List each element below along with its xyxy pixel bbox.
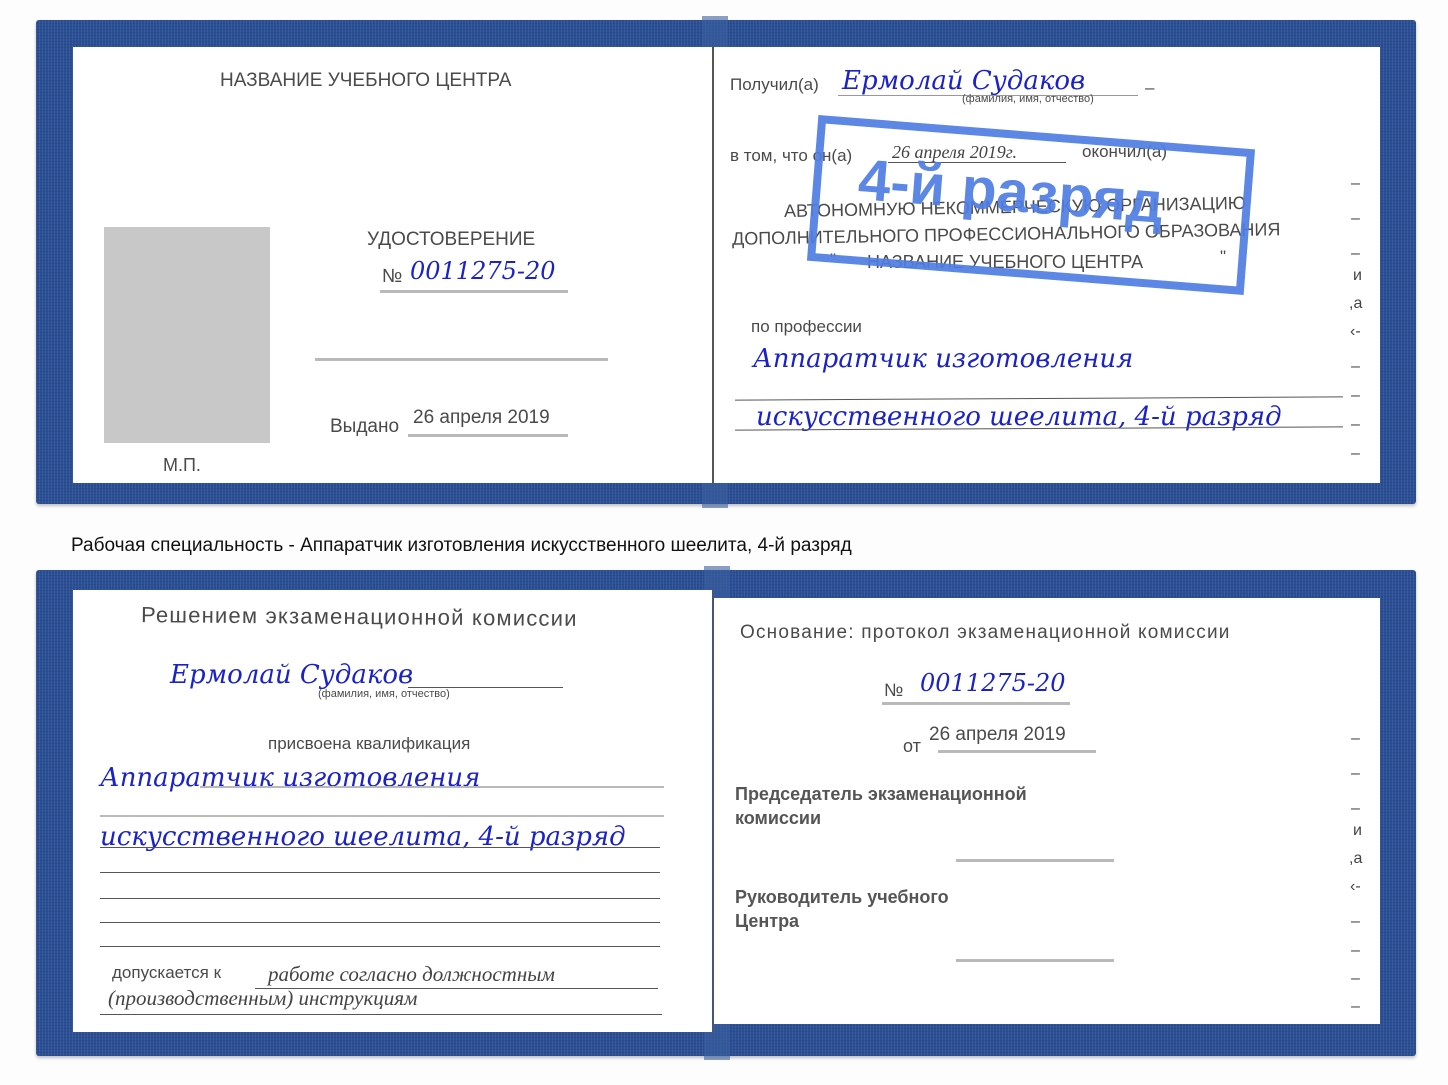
qualification-line-1: Аппаратчик изготовления <box>100 763 480 793</box>
dash: – <box>1145 78 1154 98</box>
head-label-1: Руководитель учебного <box>735 887 949 908</box>
center-name: НАЗВАНИЕ УЧЕБНОГО ЦЕНТРА <box>220 70 512 92</box>
page-fold <box>712 47 714 483</box>
profession-line-1: Аппаратчик изготовления <box>753 344 1133 374</box>
head-label-2: Центра <box>735 911 799 932</box>
document-title: УДОСТОВЕРЕНИЕ <box>367 229 535 251</box>
qualification-underline-2 <box>100 815 664 817</box>
admitted-underline-2 <box>100 1014 662 1015</box>
issued-label: Выдано <box>330 416 399 438</box>
number-underline <box>380 290 568 293</box>
caption: Рабочая специальность - Аппаратчик изгот… <box>71 535 852 557</box>
photo-placeholder <box>104 227 270 443</box>
protocol-number-underline <box>882 702 1070 705</box>
qualification-underline-1 <box>200 786 664 788</box>
admitted-label: допускается к <box>112 963 221 983</box>
protocol-number-label: № <box>884 680 903 701</box>
chair-label-2: комиссии <box>735 808 821 829</box>
ruled-line <box>100 922 660 923</box>
page-fold <box>712 590 713 1032</box>
certificate-number: 0011275-20 <box>410 257 556 285</box>
protocol-number: 0011275-20 <box>920 669 1066 697</box>
chair-signature-line <box>956 859 1114 862</box>
ruled-line <box>100 946 660 947</box>
head-signature-line <box>956 959 1114 962</box>
qualification-label: присвоена квалификация <box>268 734 470 754</box>
commission-heading: Решением экзаменационной комиссии <box>141 602 578 632</box>
received-label: Получил(а) <box>730 75 819 95</box>
basis-text: Основание: протокол экзаменационной коми… <box>740 622 1231 644</box>
protocol-date: 26 апреля 2019 <box>929 724 1066 746</box>
holder-name-hint: (фамилия, имя, отчество) <box>318 688 450 700</box>
name-hint: (фамилия, имя, отчество) <box>962 93 1094 105</box>
chair-label-1: Председатель экзаменационной <box>735 784 1027 805</box>
issued-underline <box>408 434 568 437</box>
holder-name: Ермолай Судаков <box>170 660 413 690</box>
protocol-date-underline <box>938 750 1096 753</box>
admitted-line-2: (производственным) инструкциям <box>108 986 417 1011</box>
blank-line <box>315 358 608 361</box>
issued-date: 26 апреля 2019 <box>413 407 550 429</box>
ruled-line <box>100 847 660 848</box>
recipient-name: Ермолай Судаков <box>842 66 1085 96</box>
profession-label: по профессии <box>751 317 862 337</box>
protocol-date-label: от <box>903 736 921 757</box>
admitted-line-1: работе согласно должностным <box>268 962 555 987</box>
number-label: № <box>382 266 402 288</box>
ruled-line <box>100 898 660 899</box>
stamp-place-label: М.П. <box>163 455 201 476</box>
ruled-line <box>100 872 660 873</box>
